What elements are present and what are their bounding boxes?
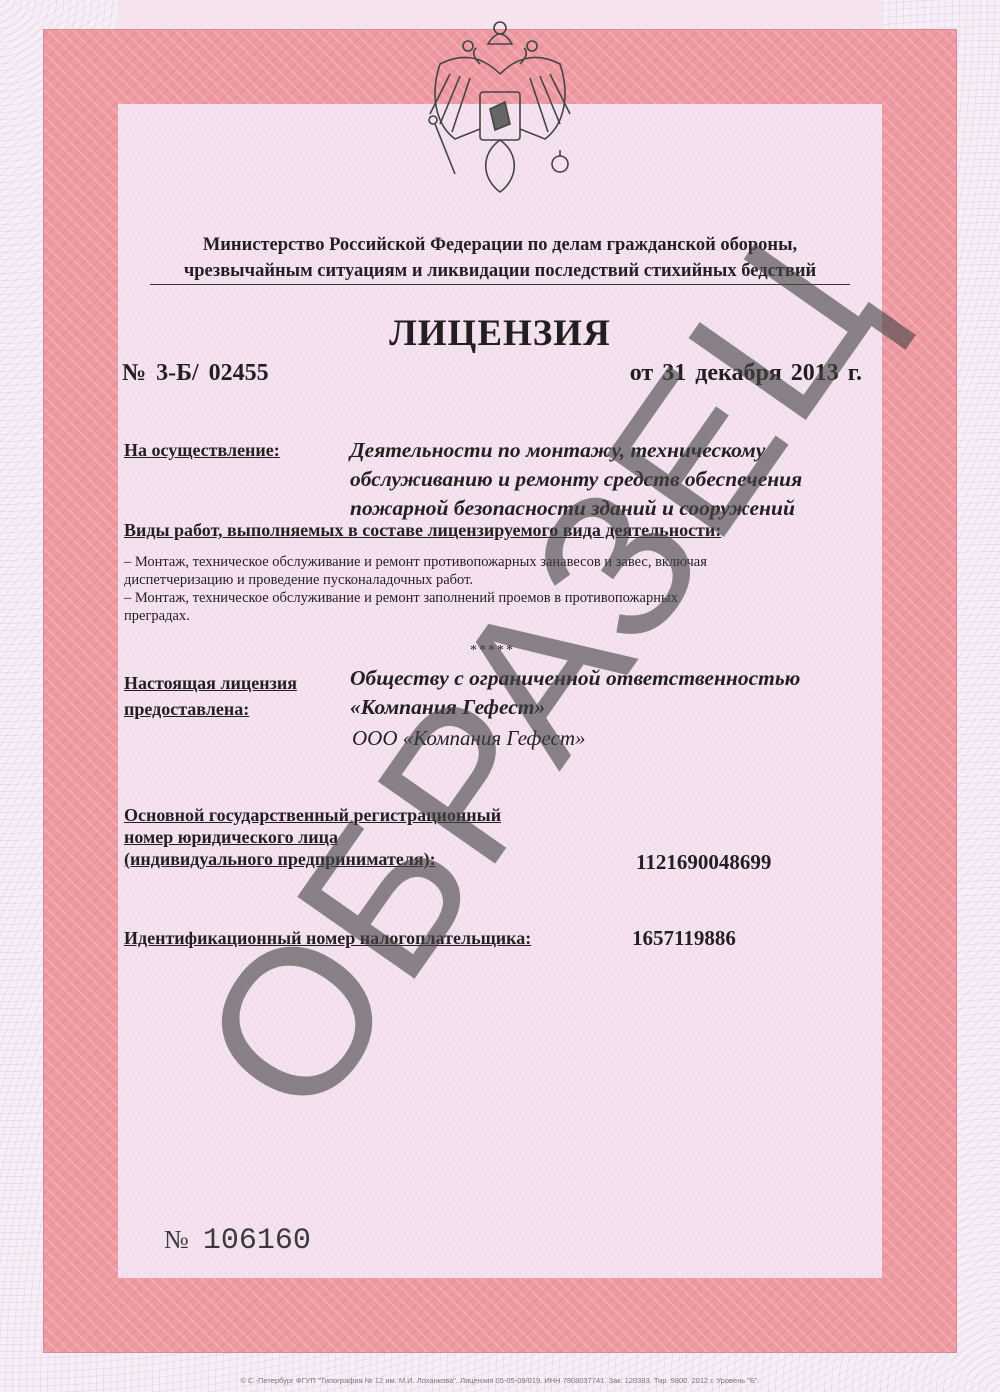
license-date: от 31 декабря 2013 г. <box>630 360 862 387</box>
inn-value: 1657119886 <box>632 926 736 951</box>
ogrn-label-line: номер юридического лица <box>124 826 501 848</box>
works-line: – Монтаж, техническое обслуживание и рем… <box>124 589 824 607</box>
grantee-name: Обществу с ограниченной ответственностью… <box>350 664 800 722</box>
license-number: № 3-Б/ 02455 <box>122 360 269 387</box>
authority-line-2: чрезвычайным ситуациям и ликвидации посл… <box>120 258 880 284</box>
ogrn-label-line: (индивидуального предпринимателя): <box>124 848 501 870</box>
number-sign: № <box>164 1225 189 1254</box>
works-line: преградах. <box>124 607 824 625</box>
grantee-short-name: ООО «Компания Гефест» <box>352 726 585 751</box>
ogrn-label-line: Основной государственный регистрационный <box>124 804 501 826</box>
printer-imprint: © С.-Петербург ФГУП "Типография № 12 им.… <box>0 1376 1000 1385</box>
serial-value: 106160 <box>203 1224 311 1258</box>
separator: ***** <box>470 642 515 660</box>
activity-line: обслуживанию и ремонту средств обеспечен… <box>350 465 802 494</box>
coat-of-arms-icon <box>410 14 590 200</box>
works-line: диспетчеризацию и проведение пусконаладо… <box>124 571 824 589</box>
ogrn-value: 1121690048699 <box>636 850 771 875</box>
works-label: Виды работ, выполняемых в составе лиценз… <box>124 520 721 541</box>
works-line: – Монтаж, техническое обслуживание и рем… <box>124 553 824 571</box>
blank-serial-number: №106160 <box>164 1224 311 1258</box>
grantee-label: Настоящая лицензия предоставлена: <box>124 670 297 722</box>
grantee-name-line: Обществу с ограниченной ответственностью <box>350 664 800 693</box>
works-list: – Монтаж, техническое обслуживание и рем… <box>124 553 824 625</box>
activity-description: Деятельности по монтажу, техническому об… <box>350 436 802 523</box>
document-title: ЛИЦЕНЗИЯ <box>0 312 1000 355</box>
ogrn-label: Основной государственный регистрационный… <box>124 804 501 870</box>
grantee-name-line: «Компания Гефест» <box>350 693 800 722</box>
activity-label: На осуществление: <box>124 440 280 461</box>
divider <box>150 284 850 285</box>
activity-line: пожарной безопасности зданий и сооружени… <box>350 494 802 523</box>
grantee-label-line: Настоящая лицензия <box>124 670 297 696</box>
grantee-label-line: предоставлена: <box>124 696 297 722</box>
inn-label: Идентификационный номер налогоплательщик… <box>124 928 531 949</box>
issuing-authority: Министерство Российской Федерации по дел… <box>120 232 880 284</box>
activity-line: Деятельности по монтажу, техническому <box>350 436 802 465</box>
authority-line-1: Министерство Российской Федерации по дел… <box>120 232 880 258</box>
